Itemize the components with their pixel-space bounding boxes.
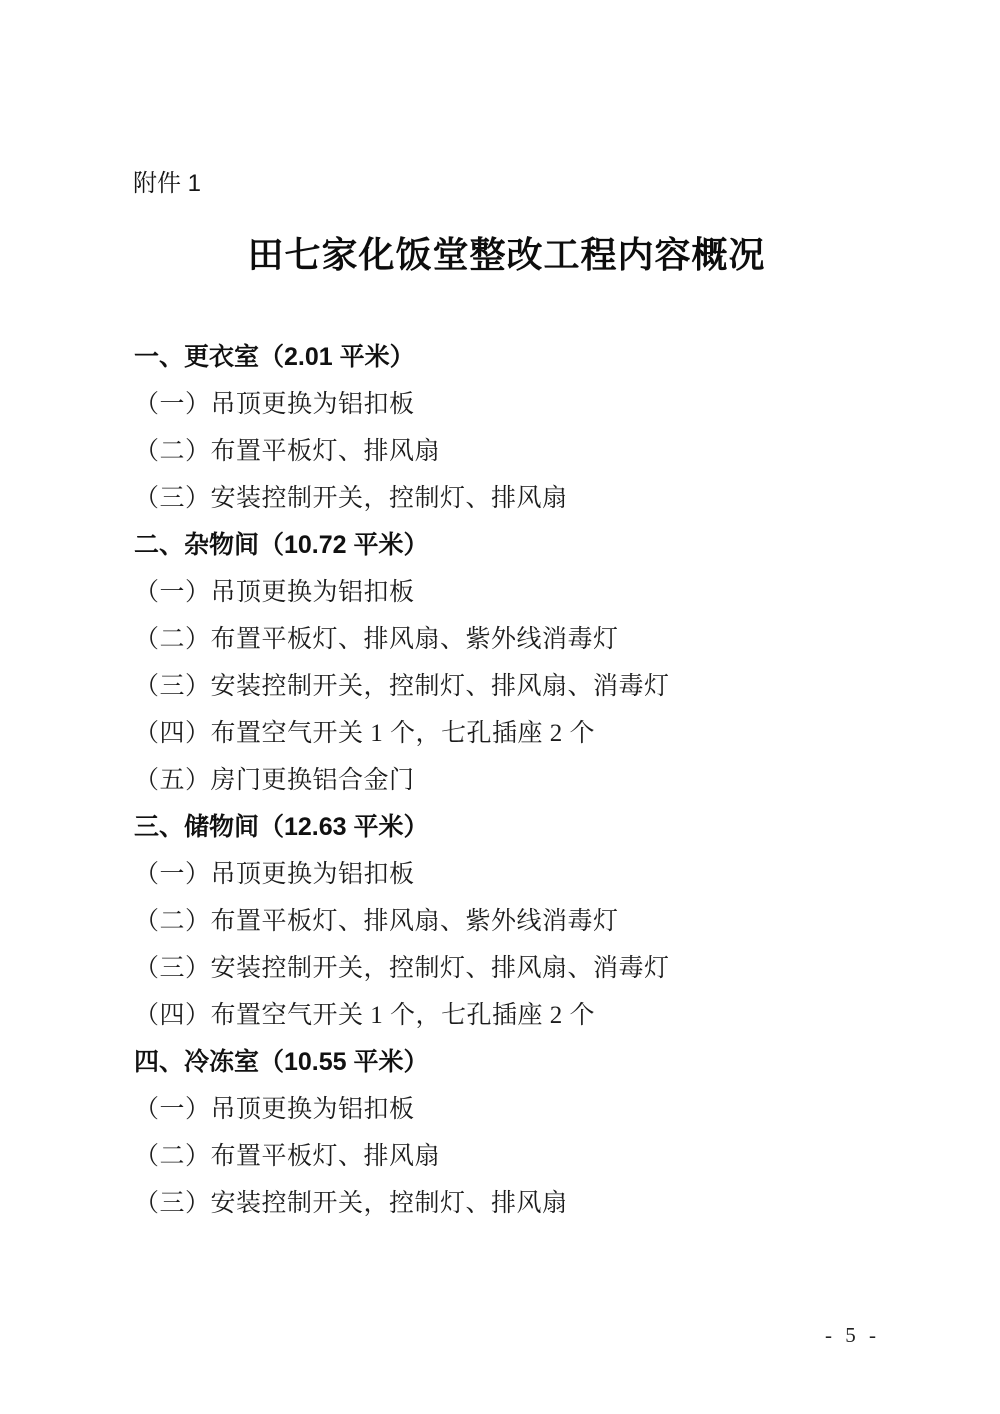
document-page: 附件 1 田七家化饭堂整改工程内容概况 一、更衣室（2.01 平米） （一）吊顶… bbox=[0, 0, 1000, 1414]
attachment-label: 附件 1 bbox=[133, 168, 201, 200]
section-3-item-4: （四）布置空气开关 1 个，七孔插座 2 个 bbox=[134, 992, 910, 1039]
section-4-heading: 四、冷冻室（10.55 平米） bbox=[134, 1039, 910, 1086]
section-4-item-3: （三）安装控制开关，控制灯、排风扇 bbox=[134, 1180, 910, 1227]
page-title: 田七家化饭堂整改工程内容概况 bbox=[133, 232, 880, 278]
section-1-heading: 一、更衣室（2.01 平米） bbox=[134, 334, 910, 381]
section-3-item-3: （三）安装控制开关，控制灯、排风扇、消毒灯 bbox=[134, 945, 910, 992]
section-2-item-3: （三）安装控制开关，控制灯、排风扇、消毒灯 bbox=[134, 663, 910, 710]
section-3-item-2: （二）布置平板灯、排风扇、紫外线消毒灯 bbox=[134, 898, 910, 945]
section-2-item-1: （一）吊顶更换为铝扣板 bbox=[134, 569, 910, 616]
section-4-item-2: （二）布置平板灯、排风扇 bbox=[134, 1133, 910, 1180]
section-2-item-2: （二）布置平板灯、排风扇、紫外线消毒灯 bbox=[134, 616, 910, 663]
section-2-item-4: （四）布置空气开关 1 个，七孔插座 2 个 bbox=[134, 710, 910, 757]
section-1-item-1: （一）吊顶更换为铝扣板 bbox=[134, 381, 910, 428]
section-1-item-2: （二）布置平板灯、排风扇 bbox=[134, 428, 910, 475]
page-number: - 5 - bbox=[825, 1322, 880, 1348]
section-3-item-1: （一）吊顶更换为铝扣板 bbox=[134, 851, 910, 898]
document-content: 一、更衣室（2.01 平米） （一）吊顶更换为铝扣板 （二）布置平板灯、排风扇 … bbox=[134, 334, 910, 1227]
section-2-heading: 二、杂物间（10.72 平米） bbox=[134, 522, 910, 569]
section-4-item-1: （一）吊顶更换为铝扣板 bbox=[134, 1086, 910, 1133]
section-1-item-3: （三）安装控制开关，控制灯、排风扇 bbox=[134, 475, 910, 522]
section-2-item-5: （五）房门更换铝合金门 bbox=[134, 757, 910, 804]
section-3-heading: 三、储物间（12.63 平米） bbox=[134, 804, 910, 851]
